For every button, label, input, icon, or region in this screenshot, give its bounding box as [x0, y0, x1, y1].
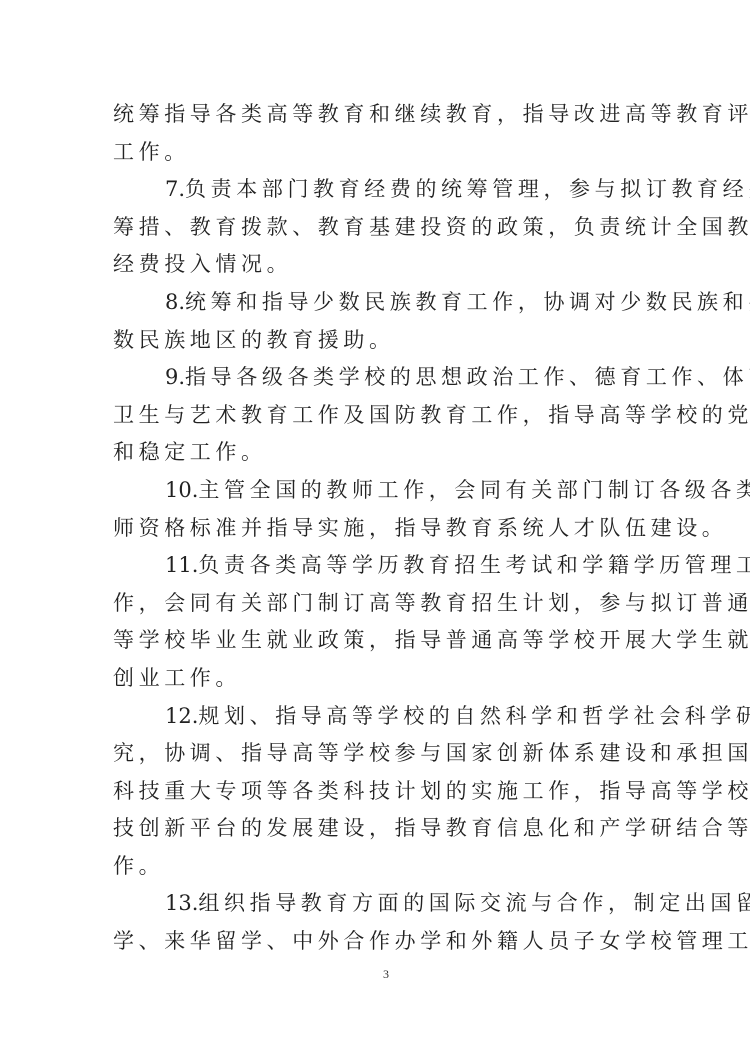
text-line: 学、来华留学、中外合作办学和外籍人员子女学校管理工作 [113, 923, 635, 961]
item-number: 10. [165, 478, 198, 502]
text-line: 创业工作。 [113, 660, 635, 698]
item-number: 9. [165, 365, 185, 389]
item-number: 7. [165, 177, 185, 201]
text-line: 10.主管全国的教师工作，会同有关部门制订各级各类教 [113, 472, 635, 510]
text-line: 数民族地区的教育援助。 [113, 322, 635, 360]
document-page: 统筹指导各类高等教育和继续教育，指导改进高等教育评估 工作。 7.负责本部门教育… [0, 0, 750, 1060]
line-text: 指导各级各类学校的思想政治工作、德育工作、体育 [185, 365, 750, 389]
text-line: 工作。 [113, 134, 635, 172]
paragraph-item-13: 13.组织指导教育方面的国际交流与合作，制定出国留 学、来华留学、中外合作办学和… [113, 885, 635, 960]
text-line: 等学校毕业生就业政策，指导普通高等学校开展大学生就业 [113, 622, 635, 660]
text-line: 7.负责本部门教育经费的统筹管理，参与拟订教育经费 [113, 171, 635, 209]
paragraph-item-10: 10.主管全国的教师工作，会同有关部门制订各级各类教 师资格标准并指导实施，指导… [113, 472, 635, 547]
line-text: 主管全国的教师工作，会同有关部门制订各级各类教 [198, 478, 750, 502]
text-line: 9.指导各级各类学校的思想政治工作、德育工作、体育 [113, 359, 635, 397]
line-text: 负责本部门教育经费的统筹管理，参与拟订教育经费 [185, 177, 750, 201]
paragraph-item-8: 8.统筹和指导少数民族教育工作，协调对少数民族和少 数民族地区的教育援助。 [113, 284, 635, 359]
page-number: 3 [0, 967, 750, 982]
line-text: 规划、指导高等学校的自然科学和哲学社会科学研 [198, 704, 750, 728]
line-text: 组织指导教育方面的国际交流与合作，制定出国留 [198, 891, 750, 915]
text-line: 和稳定工作。 [113, 434, 635, 472]
text-line: 究，协调、指导高等学校参与国家创新体系建设和承担国家 [113, 735, 635, 773]
text-line: 科技重大专项等各类科技计划的实施工作，指导高等学校科 [113, 773, 635, 811]
text-line: 8.统筹和指导少数民族教育工作，协调对少数民族和少 [113, 284, 635, 322]
body-text: 统筹指导各类高等教育和继续教育，指导改进高等教育评估 工作。 7.负责本部门教育… [113, 96, 635, 961]
item-number: 8. [165, 290, 185, 314]
item-number: 13. [165, 891, 198, 915]
text-line: 技创新平台的发展建设，指导教育信息化和产学研结合等工 [113, 810, 635, 848]
text-line: 卫生与艺术教育工作及国防教育工作，指导高等学校的党建 [113, 397, 635, 435]
text-line: 经费投入情况。 [113, 246, 635, 284]
text-line: 11.负责各类高等学历教育招生考试和学籍学历管理工 [113, 547, 635, 585]
paragraph-item-11: 11.负责各类高等学历教育招生考试和学籍学历管理工 作，会同有关部门制订高等教育… [113, 547, 635, 697]
text-line: 统筹指导各类高等教育和继续教育，指导改进高等教育评估 [113, 96, 635, 134]
paragraph-item-7: 7.负责本部门教育经费的统筹管理，参与拟订教育经费 筹措、教育拨款、教育基建投资… [113, 171, 635, 284]
item-number: 12. [165, 704, 198, 728]
text-line: 作。 [113, 848, 635, 886]
text-line: 筹措、教育拨款、教育基建投资的政策，负责统计全国教育 [113, 209, 635, 247]
item-number: 11. [165, 553, 198, 577]
text-line: 13.组织指导教育方面的国际交流与合作，制定出国留 [113, 885, 635, 923]
text-line: 作，会同有关部门制订高等教育招生计划，参与拟订普通高 [113, 585, 635, 623]
line-text: 负责各类高等学历教育招生考试和学籍学历管理工 [198, 553, 750, 577]
line-text: 统筹和指导少数民族教育工作，协调对少数民族和少 [185, 290, 750, 314]
text-line: 12.规划、指导高等学校的自然科学和哲学社会科学研 [113, 698, 635, 736]
paragraph-item-12: 12.规划、指导高等学校的自然科学和哲学社会科学研 究，协调、指导高等学校参与国… [113, 698, 635, 886]
paragraph-item-9: 9.指导各级各类学校的思想政治工作、德育工作、体育 卫生与艺术教育工作及国防教育… [113, 359, 635, 472]
text-line: 师资格标准并指导实施，指导教育系统人才队伍建设。 [113, 510, 635, 548]
paragraph-continuation: 统筹指导各类高等教育和继续教育，指导改进高等教育评估 工作。 [113, 96, 635, 171]
